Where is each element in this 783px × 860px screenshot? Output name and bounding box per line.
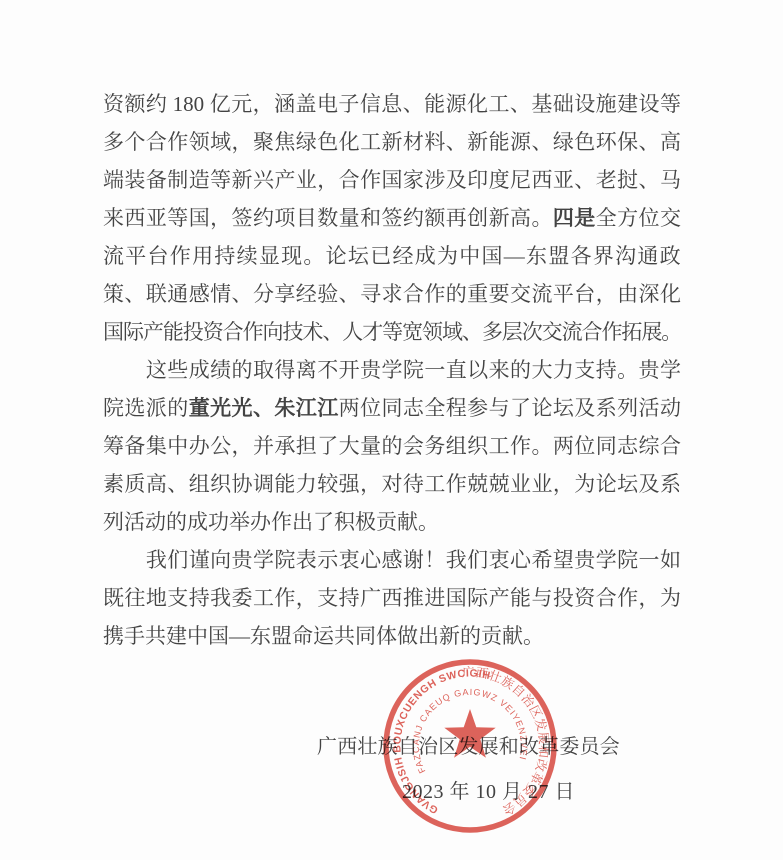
body-line: 资额约 180 亿元，涵盖电子信息、能源化工、基础设施建设等 — [103, 85, 681, 123]
letter-page: 资额约 180 亿元，涵盖电子信息、能源化工、基础设施建设等多个合作领域，聚焦绿… — [0, 0, 783, 860]
body-line: 院选派的董光光、朱江江两位同志全程参与了论坛及系列活动 — [103, 389, 681, 427]
body-line: 策、联通感情、分享经验、寻求合作的重要交流平台，由深化 — [103, 275, 681, 313]
body-line: 流平台作用持续显现。论坛已经成为中国—东盟各界沟通政 — [103, 237, 681, 275]
body-line: 携手共建中国—东盟命运共同体做出新的贡献。 — [103, 617, 681, 655]
official-seal: GVANGJSIH BOUXCUENGH SWCIGIH 广西壮族自治区发展和改… — [380, 656, 560, 836]
body-line: 多个合作领域，聚焦绿色化工新材料、新能源、绿色环保、高 — [103, 123, 681, 161]
star-icon — [444, 709, 495, 758]
body-line: 国际产能投资合作向技术、人才等宽领域、多层次交流合作拓展。 — [103, 313, 681, 351]
body-text: 资额约 180 亿元，涵盖电子信息、能源化工、基础设施建设等多个合作领域，聚焦绿… — [103, 85, 681, 655]
body-line: 这些成绩的取得离不开贵学院一直以来的大力支持。贵学 — [103, 351, 681, 389]
body-line: 既往地支持我委工作，支持广西推进国际产能与投资合作，为 — [103, 579, 681, 617]
body-line: 我们谨向贵学院表示衷心感谢！我们衷心希望贵学院一如 — [103, 541, 681, 579]
body-line: 端装备制造等新兴产业，合作国家涉及印度尼西亚、老挝、马 — [103, 161, 681, 199]
body-line: 列活动的成功举办作出了积极贡献。 — [103, 503, 681, 541]
body-line: 来西亚等国，签约项目数量和签约额再创新高。四是全方位交 — [103, 199, 681, 237]
body-line: 筹备集中办公，并承担了大量的会务组织工作。两位同志综合 — [103, 427, 681, 465]
body-line: 素质高、组织协调能力较强，对待工作兢兢业业，为论坛及系 — [103, 465, 681, 503]
